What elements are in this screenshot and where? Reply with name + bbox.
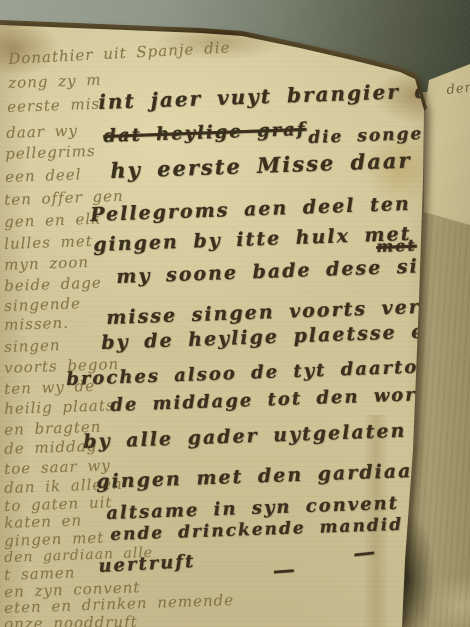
manuscript-page-wrap: Donathier uit Spanje diezong zy meerste … xyxy=(0,0,470,627)
manuscript-line: uertruft xyxy=(98,553,196,577)
manuscript-line: heilig plaats xyxy=(4,398,115,418)
manuscript-line: gen en elk xyxy=(4,212,101,231)
manuscript-line: gingen met den gardiaan xyxy=(96,461,429,493)
manuscript-line: beide dage xyxy=(4,276,102,295)
manuscript-line: daar wy xyxy=(6,123,78,141)
manuscript-line: by alle gader uytgelaten xyxy=(83,422,407,453)
manuscript-line: eerste mis xyxy=(7,97,101,116)
manuscript-line: zong zy m xyxy=(8,73,102,92)
manuscript-line: my soone bade dese singende xyxy=(116,254,470,288)
manuscript-line: singende xyxy=(4,296,81,314)
handwriting-layer: Donathier uit Spanje diezong zy meerste … xyxy=(0,0,470,627)
manuscript-line: met xyxy=(376,238,417,256)
manuscript-line: onze nooddruft xyxy=(4,615,138,627)
manuscript-line: Pellegroms aen deel ten offer xyxy=(90,192,470,226)
manuscript-line: lulles met xyxy=(4,234,93,253)
manuscript-line: hy eerste Misse daar by xyxy=(110,148,458,182)
manuscript-line: dat heylige graf xyxy=(103,121,307,147)
manuscript-line: pellegrims xyxy=(5,144,96,163)
photo-frame: den Donathier uit Spanje diezong zy meer… xyxy=(0,0,470,627)
manuscript-page: Donathier uit Spanje diezong zy meerste … xyxy=(0,0,470,627)
manuscript-line: de middage tot den worden xyxy=(110,385,460,416)
manuscript-line: missen. xyxy=(4,316,69,334)
manuscript-line: een deel xyxy=(5,167,82,185)
manuscript-line: gingen by itte hulx met xyxy=(93,225,412,256)
manuscript-line: Donathier uit Spanje die xyxy=(8,40,231,67)
manuscript-line: myn zoon xyxy=(4,255,89,274)
manuscript-line: — xyxy=(272,558,298,583)
manuscript-line: int jaer vuyt brangier dy xyxy=(98,80,445,113)
manuscript-line: singen xyxy=(4,338,61,356)
manuscript-line: die songe xyxy=(308,126,424,148)
manuscript-line: — xyxy=(352,540,378,565)
